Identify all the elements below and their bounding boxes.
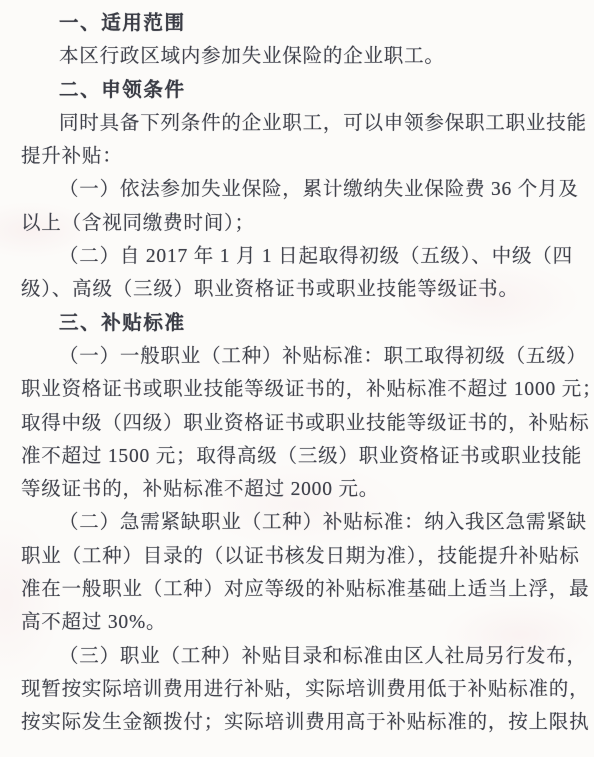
paragraph-line: 以上（含视同缴费时间）； [21, 207, 581, 240]
document-page: 一、适用范围本区行政区域内参加失业保险的企业职工。二、申领条件同时具备下列条件的… [0, 0, 594, 757]
document-content: 一、适用范围本区行政区域内参加失业保险的企业职工。二、申领条件同时具备下列条件的… [21, 7, 581, 740]
section-heading: 一、适用范围 [21, 7, 581, 40]
section-heading: 二、申领条件 [21, 74, 581, 107]
paragraph-line: （三）职业（工种）补贴目录和标准由区人社局另行发布， [21, 640, 581, 673]
paragraph-line: （二）自 2017 年 1 月 1 日起取得初级（五级）、中级（四 [21, 240, 581, 273]
paragraph-line: 取得中级（四级）职业资格证书或职业技能等级证书的，补贴标 [21, 407, 581, 440]
paragraph-line: 提升补贴： [21, 140, 581, 173]
paragraph-line: 按实际发生金额拨付；实际培训费用高于补贴标准的，按上限执 [21, 706, 581, 739]
paragraph-line: 准在一般职业（工种）对应等级的补贴标准基础上适当上浮，最 [21, 573, 581, 606]
paragraph-line: （一）依法参加失业保险，累计缴纳失业保险费 36 个月及 [21, 173, 581, 206]
paragraph-line: 职业（工种）目录的（以证书核发日期为准），技能提升补贴标 [21, 540, 581, 573]
paragraph-line: 职业资格证书或职业技能等级证书的，补贴标准不超过 1000 元； [21, 373, 581, 406]
paragraph-line: 准不超过 1500 元；取得高级（三级）职业资格证书或职业技能 [21, 440, 581, 473]
paragraph-line: 级）、高级（三级）职业资格证书或职业技能等级证书。 [21, 273, 581, 306]
paragraph-line: （一）一般职业（工种）补贴标准：职工取得初级（五级） [21, 340, 581, 373]
paragraph-line: 本区行政区域内参加失业保险的企业职工。 [21, 40, 581, 73]
paragraph-line: 等级证书的，补贴标准不超过 2000 元。 [21, 473, 581, 506]
paragraph-line: （二）急需紧缺职业（工种）补贴标准：纳入我区急需紧缺 [21, 506, 581, 539]
paragraph-line: 现暂按实际培训费用进行补贴，实际培训费用低于补贴标准的， [21, 673, 581, 706]
section-heading: 三、补贴标准 [21, 307, 581, 340]
paragraph-line: 同时具备下列条件的企业职工，可以申领参保职工职业技能 [21, 107, 581, 140]
paragraph-line: 高不超过 30%。 [21, 606, 581, 639]
